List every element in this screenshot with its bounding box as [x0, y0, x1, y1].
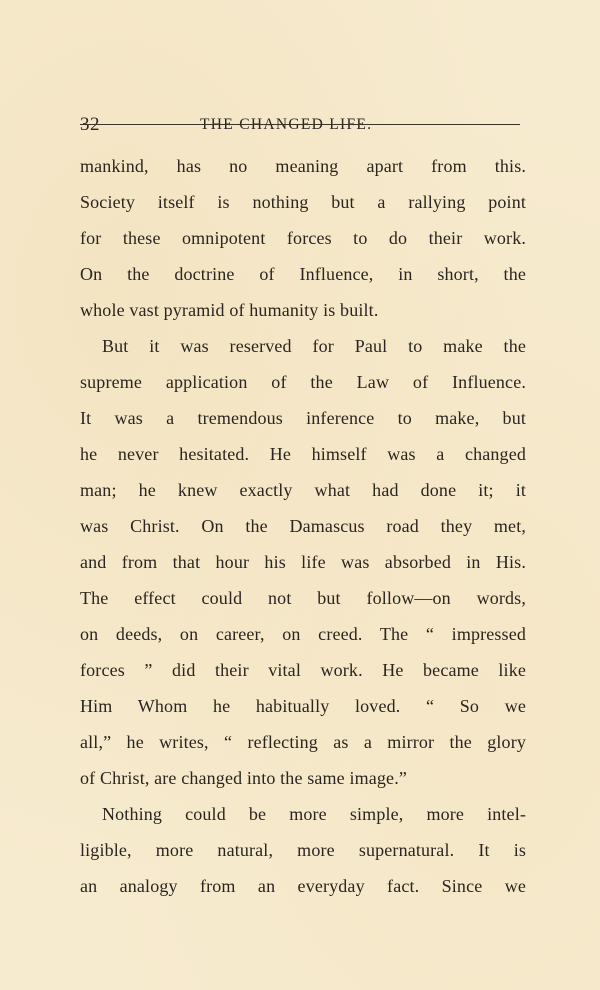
body-text: mankind, has no meaning apart from this.…: [80, 148, 526, 904]
text-line: and from that hour his life was absorbed…: [80, 544, 526, 580]
text-line: On the doctrine of Influence, in short, …: [80, 256, 526, 292]
text-line: The effect could not but follow—on words…: [80, 580, 526, 616]
text-line: of Christ, are changed into the same ima…: [80, 760, 526, 796]
text-line: all,” he writes, “ reflecting as a mirro…: [80, 724, 526, 760]
text-line: on deeds, on career, on creed. The “ imp…: [80, 616, 526, 652]
header-rule: [80, 124, 520, 125]
text-line: mankind, has no meaning apart from this.: [80, 148, 526, 184]
text-line: Society itself is nothing but a rallying…: [80, 184, 526, 220]
text-line: was Christ. On the Damascus road they me…: [80, 508, 526, 544]
text-line: forces ” did their vital work. He became…: [80, 652, 526, 688]
text-line: man; he knew exactly what had done it; i…: [80, 472, 526, 508]
paragraph-start-line: Nothing could be more simple, more intel…: [80, 796, 526, 832]
paragraph-start-line: But it was reserved for Paul to make the: [80, 328, 526, 364]
text-line: for these omnipotent forces to do their …: [80, 220, 526, 256]
page-number: 32: [80, 114, 100, 136]
text-line: It was a tremendous inference to make, b…: [80, 400, 526, 436]
running-head: 32 THE CHANGED LIFE.: [80, 114, 526, 138]
text-line: an analogy from an everyday fact. Since …: [80, 868, 526, 904]
text-line: ligible, more natural, more supernatural…: [80, 832, 526, 868]
text-line: whole vast pyramid of humanity is built.: [80, 292, 526, 328]
text-line: Him Whom he habitually loved. “ So we: [80, 688, 526, 724]
running-title: THE CHANGED LIFE.: [200, 116, 372, 134]
text-line: supreme application of the Law of Influe…: [80, 364, 526, 400]
book-page: 32 THE CHANGED LIFE. mankind, has no mea…: [0, 0, 600, 990]
text-line: he never hesitated. He himself was a cha…: [80, 436, 526, 472]
